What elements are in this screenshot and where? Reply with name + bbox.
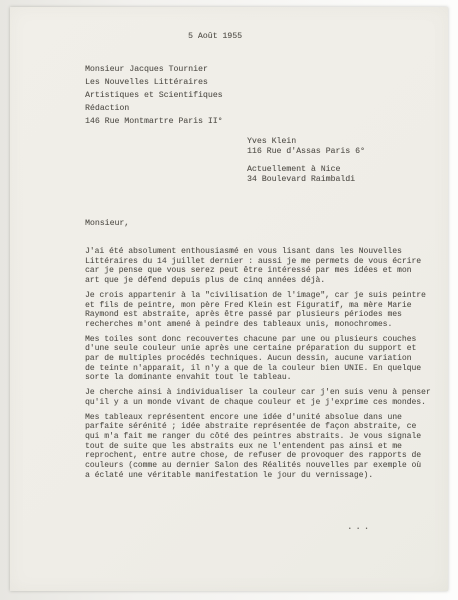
paragraph-5: Mes tableaux représentent encore une idé… (85, 413, 437, 481)
sender-paris-address: Yves Klein 116 Rue d'Assas Paris 6° (247, 137, 365, 157)
sender-address: Yves Klein 116 Rue d'Assas Paris 6° Actu… (247, 137, 365, 193)
letter-date: 5 Août 1955 (188, 32, 242, 42)
paragraph-1: J'ai été absolument enthousiasmé en vous… (85, 247, 437, 286)
sender-nice-address: Actuellement à Nice 34 Boulevard Raimbal… (247, 165, 365, 185)
recipient-address: Monsieur Jacques Tournier Les Nouvelles … (85, 63, 223, 128)
paragraph-2: Je crois appartenir à la "civilisation d… (85, 291, 437, 330)
continuation-dots: ... (347, 522, 372, 532)
salutation: Monsieur, (85, 219, 129, 229)
scan-background: 5 Août 1955 Monsieur Jacques Tournier Le… (0, 0, 458, 600)
paragraph-4: Je cherche ainsi à individualiser la cou… (85, 388, 437, 407)
letter-page: 5 Août 1955 Monsieur Jacques Tournier Le… (10, 7, 448, 591)
paragraph-3: Mes toiles sont donc recouvertes chacune… (85, 335, 437, 384)
letter-body: J'ai été absolument enthousiasmé en vous… (85, 247, 437, 485)
